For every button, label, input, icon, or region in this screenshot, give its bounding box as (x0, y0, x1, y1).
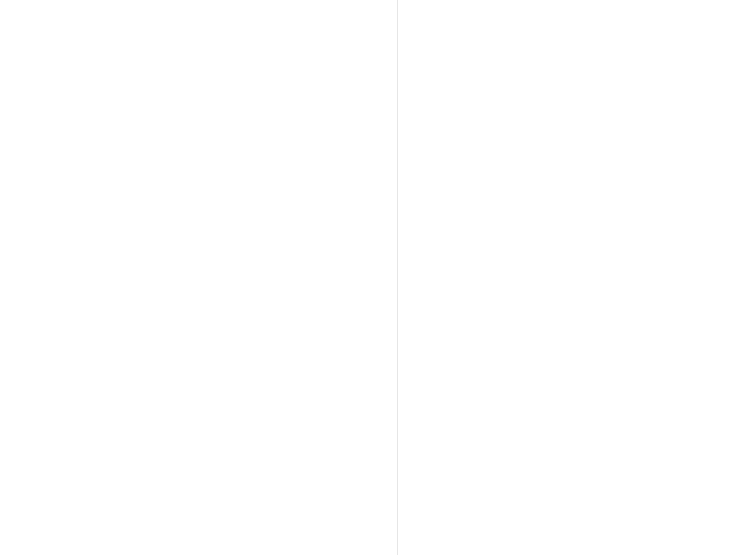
left-document-page (0, 0, 398, 555)
